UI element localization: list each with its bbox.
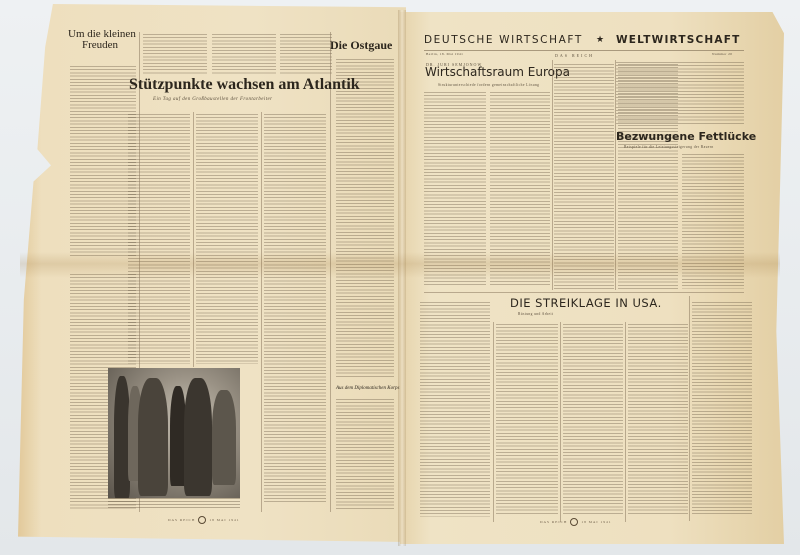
article-body <box>196 114 258 364</box>
article-body <box>128 114 190 364</box>
horizontal-fold-crease <box>20 252 780 278</box>
article-body <box>70 66 136 256</box>
masthead-deutsche-wirtschaft: DEUTSCHE WIRTSCHAFT <box>424 34 583 46</box>
newspaper-right-page: DEUTSCHE WIRTSCHAFT ★ WELTWIRTSCHAFT Ber… <box>400 12 784 544</box>
column-rule <box>493 322 494 522</box>
emblem-icon <box>570 518 578 526</box>
figure <box>138 378 168 496</box>
masthead-star-icon: ★ <box>596 34 604 45</box>
article-body <box>264 114 326 504</box>
column-rule <box>625 322 626 522</box>
figure <box>212 390 236 485</box>
newspaper-photo-officers <box>108 368 240 498</box>
footer-date: 18 MAI 1941 <box>209 518 239 522</box>
article-body <box>616 62 744 126</box>
column-rule <box>689 296 690 521</box>
headline-freuden: Freuden <box>82 39 118 51</box>
article-body <box>280 34 332 74</box>
article-body <box>212 34 276 74</box>
photo-caption <box>108 498 240 508</box>
masthead-das-reich: DAS REICH <box>555 53 594 58</box>
subheadline-streiklage: Rüstung und Arbeit <box>518 312 553 316</box>
masthead-weltwirtschaft: WELTWIRTSCHAFT <box>616 34 740 46</box>
headline-wirtschaftsraum-europa: Wirtschaftsraum Europa <box>425 65 570 79</box>
figure <box>184 378 212 496</box>
headline-stuetzpunkte: Stützpunkte wachsen am Atlantik <box>129 76 360 94</box>
article-body <box>692 302 752 514</box>
article-body <box>420 302 490 517</box>
column-rule <box>193 112 194 367</box>
page-footer: DAS REICH18 MAI 1941 <box>540 518 611 526</box>
subheadline-stuetzpunkte: Ein Tag auf den Großbaustellen der Front… <box>153 97 272 102</box>
article-body <box>563 324 623 514</box>
emblem-icon <box>198 516 206 524</box>
headline-diplomatisches-korps: Aus dem Diplomatischen Korps <box>336 386 399 391</box>
footer-title: DAS REICH <box>540 520 567 524</box>
footer-title: DAS REICH <box>168 518 195 522</box>
center-fold <box>398 10 406 546</box>
article-body <box>336 59 394 379</box>
article-body <box>143 34 207 74</box>
article-body <box>496 324 558 514</box>
section-rule <box>424 292 744 293</box>
masthead-rule <box>424 50 744 51</box>
subheadline-fettluecke: Beispiele für die Leistungssteigerung de… <box>624 145 714 149</box>
masthead-date: Berlin, 18. Mai 1941 <box>426 52 463 56</box>
headline-bezwungene-fettluecke: Bezwungene Fettlücke <box>616 130 756 143</box>
column-rule <box>560 322 561 522</box>
subheadline-wirtschaftsraum: Strukturunterschiede fordern gemeinschaf… <box>438 83 539 87</box>
masthead-issue-number: Nummer 20 <box>712 52 732 56</box>
page-footer: DAS REICH18 MAI 1941 <box>168 516 239 524</box>
footer-date: 18 MAI 1941 <box>581 520 611 524</box>
headline-streiklage-usa: DIE STREIKLAGE IN USA. <box>510 296 662 310</box>
article-body <box>336 399 394 509</box>
column-rule <box>261 112 262 512</box>
headline-die-ostgaue: Die Ostgaue <box>330 38 392 53</box>
article-body <box>628 324 688 514</box>
